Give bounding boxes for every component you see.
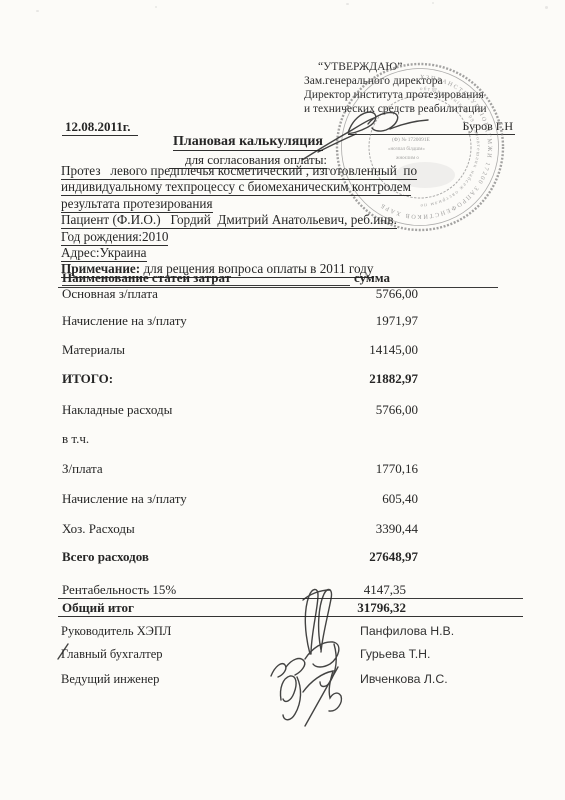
- signatory-row: Руководитель ХЭПЛ Панфилова Н.В.: [61, 624, 523, 639]
- signatory-row: Главный бухгалтер Гурьева Т.Н.: [61, 647, 523, 662]
- table-row: Начисление на з/плату 1971,97: [58, 313, 523, 329]
- description-line-2: индивидуальному техпроцессу с биомеханич…: [61, 179, 523, 195]
- signatory-row: Ведущий инженер Ивченкова Л.С.: [61, 672, 523, 687]
- signatory-title: Ведущий инженер: [61, 672, 159, 686]
- cost-item-label: ИТОГО:: [58, 371, 113, 386]
- cost-item-label: Начисление на з/плату: [58, 491, 187, 506]
- table-row-total: Всего расходов 27648,97: [58, 549, 523, 565]
- table-row: Хоз. Расходы 3390,44: [58, 521, 523, 537]
- cost-item-label: Всего расходов: [58, 549, 149, 564]
- signatory-name: Гурьева Т.Н.: [360, 647, 430, 661]
- cost-item-value: 3390,44: [376, 521, 418, 537]
- scan-speck: [346, 3, 349, 5]
- table-row-grand-total: Общий итог 31796,32: [58, 600, 523, 617]
- scan-speck: [155, 6, 157, 8]
- cost-item-label: Основная з/плата: [58, 286, 158, 301]
- document-date: 12.08.2011г.: [62, 119, 138, 135]
- table-row: З/плата 1770,16: [58, 461, 523, 477]
- cost-item-value: 31796,32: [357, 600, 406, 616]
- cost-item-label: Хоз. Расходы: [58, 521, 135, 536]
- table-row: Рентабельность 15% 4147,35: [58, 582, 523, 599]
- cost-item-value: 1971,97: [376, 313, 418, 329]
- document-body: Протез левого предплечья косметический ,…: [61, 163, 523, 278]
- column-header-sum: сумма: [354, 271, 390, 285]
- scan-speck: [36, 10, 39, 12]
- address-line: Адрес:Украина: [61, 245, 523, 261]
- scan-speck: [545, 6, 548, 9]
- cost-item-value: 5766,00: [376, 286, 418, 302]
- cost-item-label: Общий итог: [58, 600, 134, 615]
- scan-speck: [432, 2, 434, 4]
- table-row: Начисление на з/плату 605,40: [58, 491, 523, 507]
- cost-item-value: 5766,00: [376, 402, 418, 418]
- cost-item-label: Рентабельность 15%: [58, 582, 176, 597]
- signatory-name: Ивченкова Л.С.: [360, 672, 448, 686]
- table-row: Накладные расходы 5766,00: [58, 402, 523, 418]
- cost-table: Наименование статей затрат сумма Основна…: [58, 271, 523, 617]
- cost-item-label: Начисление на з/плату: [58, 313, 187, 328]
- table-row: в т.ч.: [58, 431, 523, 447]
- birth-year-line: Год рождения:2010: [61, 229, 523, 245]
- cost-item-label: в т.ч.: [58, 431, 89, 446]
- cost-item-value: 14145,00: [369, 342, 418, 358]
- column-header-name: Наименование статей затрат: [62, 271, 350, 286]
- document-title: Плановая калькуляция: [60, 134, 436, 150]
- cost-item-label: Материалы: [58, 342, 125, 357]
- cost-item-value: 605,40: [382, 491, 418, 507]
- scanned-document-page: “УТВЕРЖДАЮ” Зам.генерального директора Д…: [0, 0, 565, 800]
- table-row: Основная з/плата 5766,00: [58, 286, 523, 302]
- cost-item-value: 4147,35: [364, 582, 406, 598]
- signatory-title: Главный бухгалтер: [61, 647, 163, 661]
- signatory-title: Руководитель ХЭПЛ: [61, 624, 171, 638]
- cost-item-label: З/плата: [58, 461, 103, 476]
- description-line-3: результата протезирования: [61, 196, 523, 212]
- cost-item-value: 21882,97: [369, 371, 418, 387]
- table-row-total: ИТОГО: 21882,97: [58, 371, 523, 387]
- cost-item-label: Накладные расходы: [58, 402, 172, 417]
- table-row: Материалы 14145,00: [58, 342, 523, 358]
- description-line-1: Протез левого предплечья косметический ,…: [61, 163, 523, 179]
- cost-item-value: 27648,97: [369, 549, 418, 565]
- signatory-name: Панфилова Н.В.: [360, 624, 454, 638]
- cost-item-value: 1770,16: [376, 461, 418, 477]
- patient-line: Пациент (Ф.И.О.) Гордий Дмитрий Анатолье…: [61, 212, 523, 228]
